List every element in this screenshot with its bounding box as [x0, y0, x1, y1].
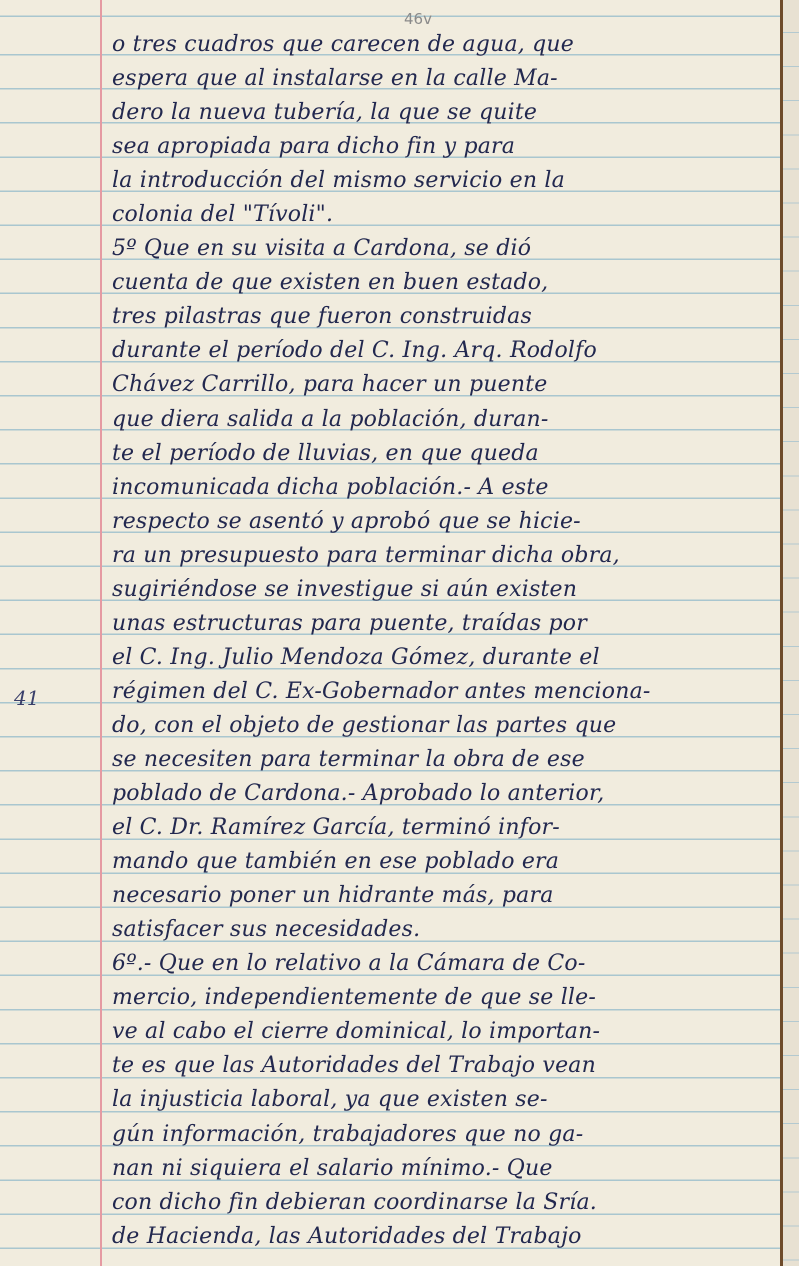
text-line: que diera salida a la población, duran- [112, 403, 777, 437]
text-line: régimen del C. Ex-Gobernador antes menci… [112, 675, 777, 709]
text-line: unas estructuras para puente, traídas po… [112, 607, 777, 641]
text-line: te el período de lluvias, en que queda [112, 437, 777, 471]
handwritten-text-body: o tres cuadros que carecen de agua, que … [112, 28, 777, 1254]
text-line: el C. Ing. Julio Mendoza Gómez, durante … [112, 641, 777, 675]
text-line: ve al cabo el cierre dominical, lo impor… [112, 1015, 777, 1049]
text-line: Chávez Carrillo, para hacer un puente [112, 368, 777, 402]
text-line: el C. Dr. Ramírez García, terminó infor- [112, 811, 777, 845]
margin-annotation-number: 41 [14, 686, 39, 710]
text-line: nan ni siquiera el salario mínimo.- Que [112, 1152, 777, 1186]
text-line: sugiriéndose se investigue si aún existe… [112, 573, 777, 607]
text-line: sea apropiada para dicho fin y para [112, 130, 777, 164]
text-line: la injusticia laboral, ya que existen se… [112, 1083, 777, 1117]
adjacent-page-strip [783, 0, 799, 1266]
text-line: de Hacienda, las Autoridades del Trabajo [112, 1220, 777, 1254]
folio-number: 46v [404, 10, 432, 28]
text-line: ra un presupuesto para terminar dicha ob… [112, 539, 777, 573]
section-5-start: 5º Que en su visita a Cardona, se dió [112, 232, 777, 266]
text-line: mercio, independientemente de que se lle… [112, 981, 777, 1015]
text-line: tres pilastras que fueron construidas [112, 300, 777, 334]
margin-rule [100, 0, 102, 1266]
text-line: poblado de Cardona.- Aprobado lo anterio… [112, 777, 777, 811]
text-line: con dicho fin debieran coordinarse la Sr… [112, 1186, 777, 1220]
section-6-start: 6º.- Que en lo relativo a la Cámara de C… [112, 947, 777, 981]
text-line: la introducción del mismo servicio en la [112, 164, 777, 198]
text-line: do, con el objeto de gestionar las parte… [112, 709, 777, 743]
text-line: gún información, trabajadores que no ga- [112, 1118, 777, 1152]
text-line: espera que al instalarse en la calle Ma- [112, 62, 777, 96]
text-line: incomunicada dicha población.- A este [112, 471, 777, 505]
text-line: durante el período del C. Ing. Arq. Rodo… [112, 334, 777, 368]
text-line: necesario poner un hidrante más, para [112, 879, 777, 913]
ledger-page: 46v 41 o tres cuadros que carecen de agu… [0, 0, 782, 1266]
text-line: te es que las Autoridades del Trabajo ve… [112, 1049, 777, 1083]
text-line: respecto se asentó y aprobó que se hicie… [112, 505, 777, 539]
text-line: o tres cuadros que carecen de agua, que [112, 28, 777, 62]
text-line: colonia del "Tívoli". [112, 198, 777, 232]
text-line: cuenta de que existen en buen estado, [112, 266, 777, 300]
text-line: satisfacer sus necesidades. [112, 913, 777, 947]
text-line: mando que también en ese poblado era [112, 845, 777, 879]
text-line: se necesiten para terminar la obra de es… [112, 743, 777, 777]
text-line: dero la nueva tubería, la que se quite [112, 96, 777, 130]
